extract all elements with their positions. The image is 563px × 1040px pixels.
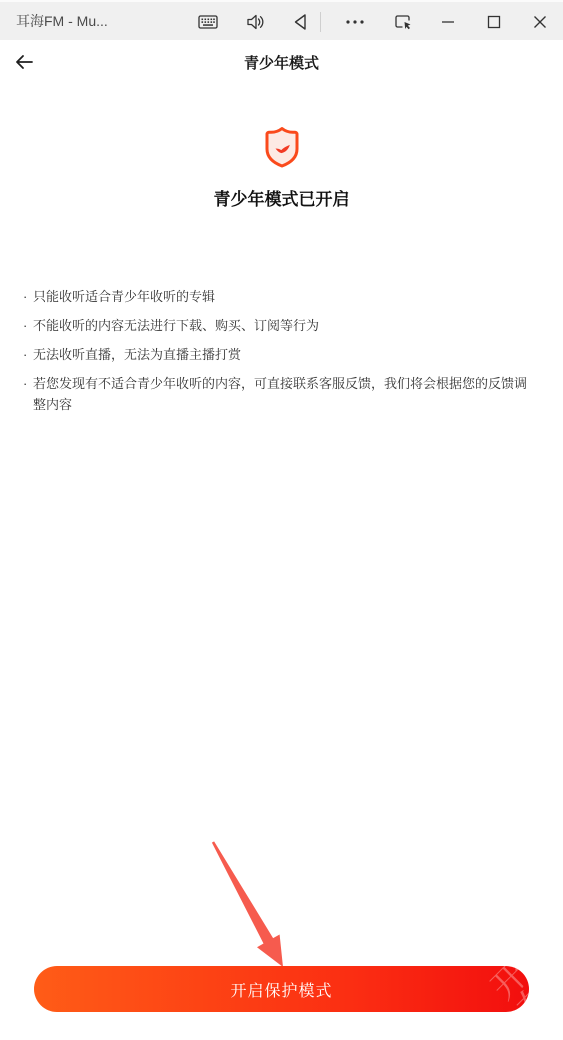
app-window: 耳海FM - Mu...: [0, 0, 563, 1040]
mode-status-heading: 青少年模式已开启: [0, 185, 563, 210]
keyboard-icon[interactable]: [195, 9, 221, 35]
bullet: ·: [23, 315, 33, 336]
window-titlebar: 耳海FM - Mu...: [0, 0, 563, 40]
rule-item: · 若您发现有不适合青少年收听的内容，可直接联系客服反馈，我们将会根据您的反馈调…: [23, 373, 537, 415]
rules-list: · 只能收听适合青少年收听的专辑 · 不能收听的内容无法进行下载、购买、订阅等行…: [23, 286, 537, 423]
screen-cast-icon[interactable]: [390, 9, 416, 35]
enable-protect-mode-button[interactable]: 开启保护模式 开 在: [34, 966, 529, 1012]
minimize-icon[interactable]: [435, 9, 461, 35]
rule-item: · 不能收听的内容无法进行下载、购买、订阅等行为: [23, 315, 537, 336]
annotation-arrow-icon: [180, 830, 300, 980]
button-label: 开启保护模式: [230, 983, 332, 1000]
back-triangle-icon[interactable]: [288, 9, 314, 35]
more-icon[interactable]: [342, 9, 368, 35]
titlebar-divider: [320, 12, 321, 32]
rule-text: 不能收听的内容无法进行下载、购买、订阅等行为: [33, 315, 537, 336]
rule-item: · 只能收听适合青少年收听的专辑: [23, 286, 537, 307]
watermark-text: 开: [478, 966, 529, 1008]
rule-text: 只能收听适合青少年收听的专辑: [33, 286, 537, 307]
window-title: 耳海FM - Mu...: [16, 2, 108, 40]
close-icon[interactable]: [527, 9, 553, 35]
rule-text: 无法收听直播，无法为直播主播打赏: [33, 344, 537, 365]
rule-text: 若您发现有不适合青少年收听的内容，可直接联系客服反馈，我们将会根据您的反馈调整内…: [33, 373, 537, 415]
bullet: ·: [23, 286, 33, 307]
page-title: 青少年模式: [0, 52, 563, 73]
watermark-text: 在: [503, 970, 529, 1012]
rule-item: · 无法收听直播，无法为直播主播打赏: [23, 344, 537, 365]
volume-icon[interactable]: [242, 9, 268, 35]
bullet: ·: [23, 344, 33, 365]
shield-check-icon: [0, 125, 563, 171]
bullet: ·: [23, 373, 33, 415]
page-header: 青少年模式: [0, 40, 563, 84]
maximize-icon[interactable]: [481, 9, 507, 35]
